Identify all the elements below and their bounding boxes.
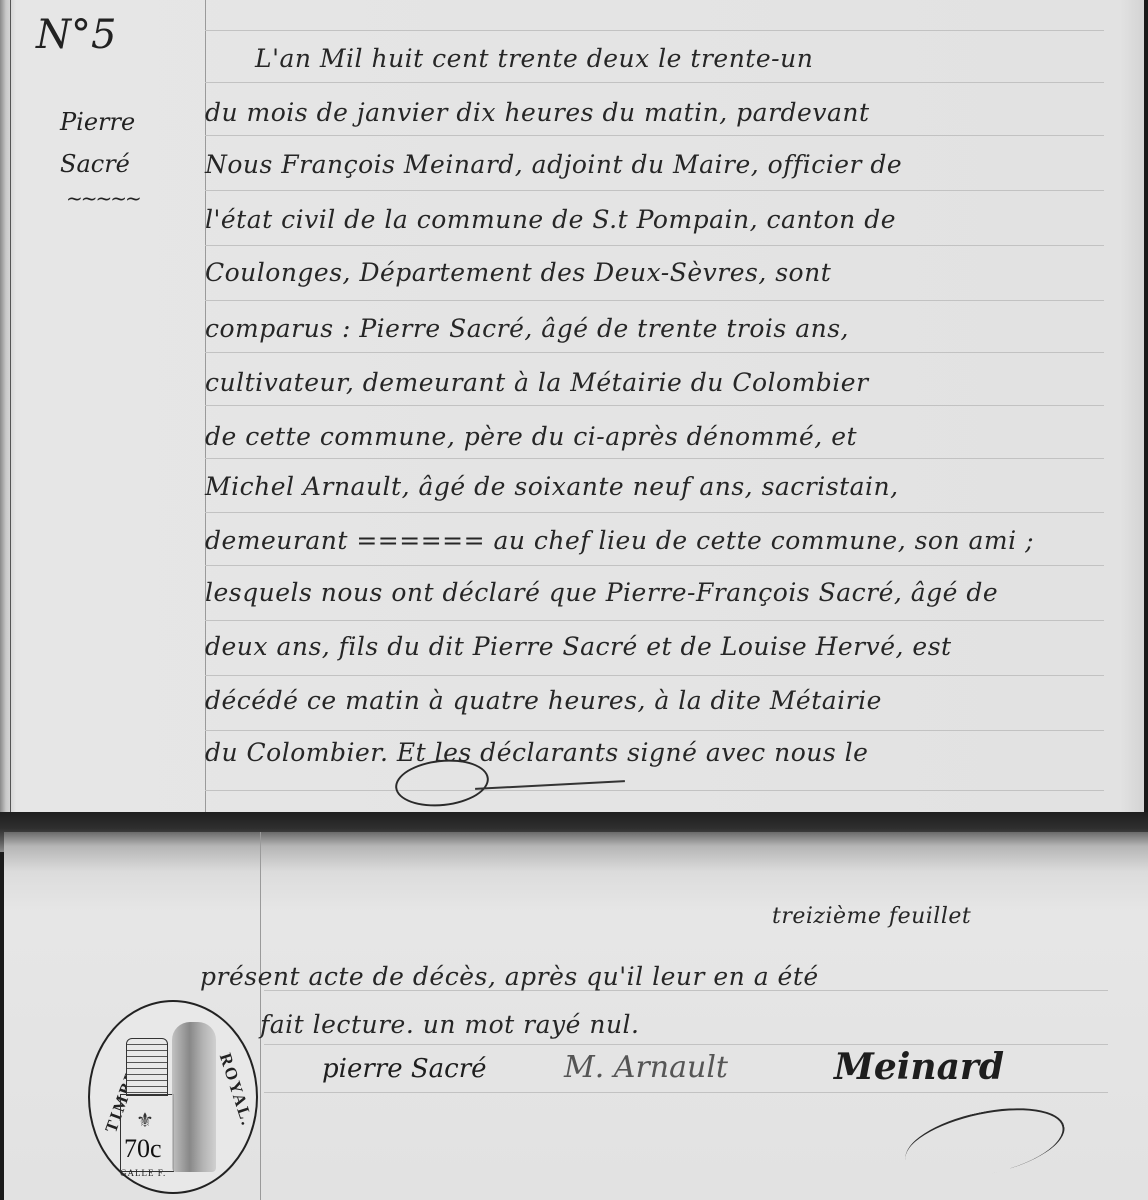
record-line: Michel Arnault, âgé de soixante neuf ans… — [205, 472, 899, 501]
ruled-line — [205, 245, 1104, 246]
continuation-line: fait lecture. un mot rayé nul. — [260, 1010, 640, 1039]
ruled-line — [264, 1044, 1108, 1045]
continuation-line: présent acte de décès, après qu'il leur … — [200, 962, 819, 991]
allegorical-figure-icon — [172, 1022, 216, 1172]
register-page-top: N°5 Pierre Sacré ~~~~~ L'an Mil huit cen… — [0, 0, 1144, 812]
stamp-value: 70c — [124, 1134, 162, 1164]
ruled-line — [205, 730, 1104, 731]
ruled-line — [264, 1092, 1108, 1093]
closing-stroke — [475, 780, 625, 790]
stamp-right-text: ROYAL. — [215, 1051, 258, 1130]
law-tablet-icon — [126, 1038, 168, 1096]
record-line: Nous François Meinard, adjoint du Maire,… — [205, 150, 902, 179]
signature-flourish — [899, 1096, 1070, 1190]
record-line: Coulonges, Département des Deux-Sèvres, … — [205, 258, 831, 287]
record-line: décédé ce matin à quatre heures, à la di… — [205, 686, 882, 715]
ruled-line — [205, 190, 1104, 191]
record-line: du Colombier. Et les déclarants signé av… — [205, 738, 868, 767]
record-line: demeurant ====== au chef lieu de cette c… — [205, 526, 1034, 555]
stamp-engraver: GALLE F. — [120, 1168, 166, 1178]
record-line: l'état civil de la commune de S.t Pompai… — [205, 205, 896, 234]
page-edge — [10, 0, 11, 812]
fleur-de-lis-icon: ⚜ — [136, 1108, 154, 1132]
margin-name-first: Pierre — [60, 108, 135, 136]
record-line: lesquels nous ont déclaré que Pierre-Fra… — [205, 578, 998, 607]
record-line: L'an Mil huit cent trente deux le trente… — [255, 44, 813, 73]
ruled-line — [205, 135, 1104, 136]
record-number: N°5 — [36, 12, 116, 58]
ruled-line — [205, 620, 1104, 621]
ruled-line — [205, 458, 1104, 459]
ruled-line — [205, 405, 1104, 406]
margin-name-last: Sacré — [60, 150, 130, 178]
record-line: cultivateur, demeurant à la Métairie du … — [205, 368, 869, 397]
royal-tax-stamp: TIMBRE ROYAL. ⚜ 70c GALLE F. — [88, 1000, 258, 1194]
ruled-line — [205, 352, 1104, 353]
signature-pierre-sacre: pierre Sacré — [322, 1054, 487, 1084]
record-line: du mois de janvier dix heures du matin, … — [205, 98, 870, 127]
ruled-line — [205, 30, 1104, 31]
ruled-line — [205, 300, 1104, 301]
ruled-line — [205, 512, 1104, 513]
ruled-line — [205, 675, 1104, 676]
record-line: deux ans, fils du dit Pierre Sacré et de… — [205, 632, 952, 661]
signature-meinard: Meinard — [834, 1046, 1004, 1088]
ruled-line — [205, 790, 1104, 791]
ruled-line — [205, 565, 1104, 566]
record-line: de cette commune, père du ci-après dénom… — [205, 422, 857, 451]
sheet-number-note: treizième feuillet — [772, 904, 971, 929]
ruled-line — [205, 82, 1104, 83]
margin-flourish: ~~~~~ — [66, 186, 140, 210]
signature-arnault: M. Arnault — [564, 1050, 728, 1085]
record-line: comparus : Pierre Sacré, âgé de trente t… — [205, 314, 849, 343]
